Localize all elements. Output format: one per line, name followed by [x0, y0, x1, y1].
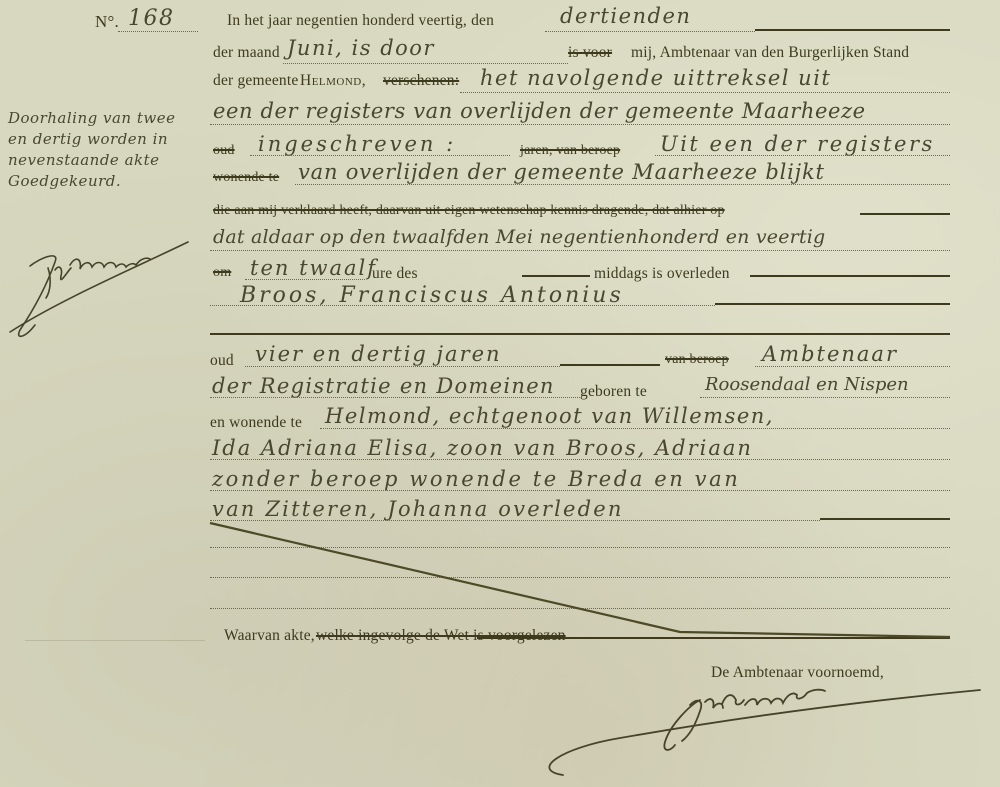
ink-strokes — [0, 0, 1000, 787]
margin-signature-icon — [10, 242, 188, 336]
cancel-diagonal-line — [210, 523, 950, 637]
official-signature-icon — [549, 690, 980, 775]
